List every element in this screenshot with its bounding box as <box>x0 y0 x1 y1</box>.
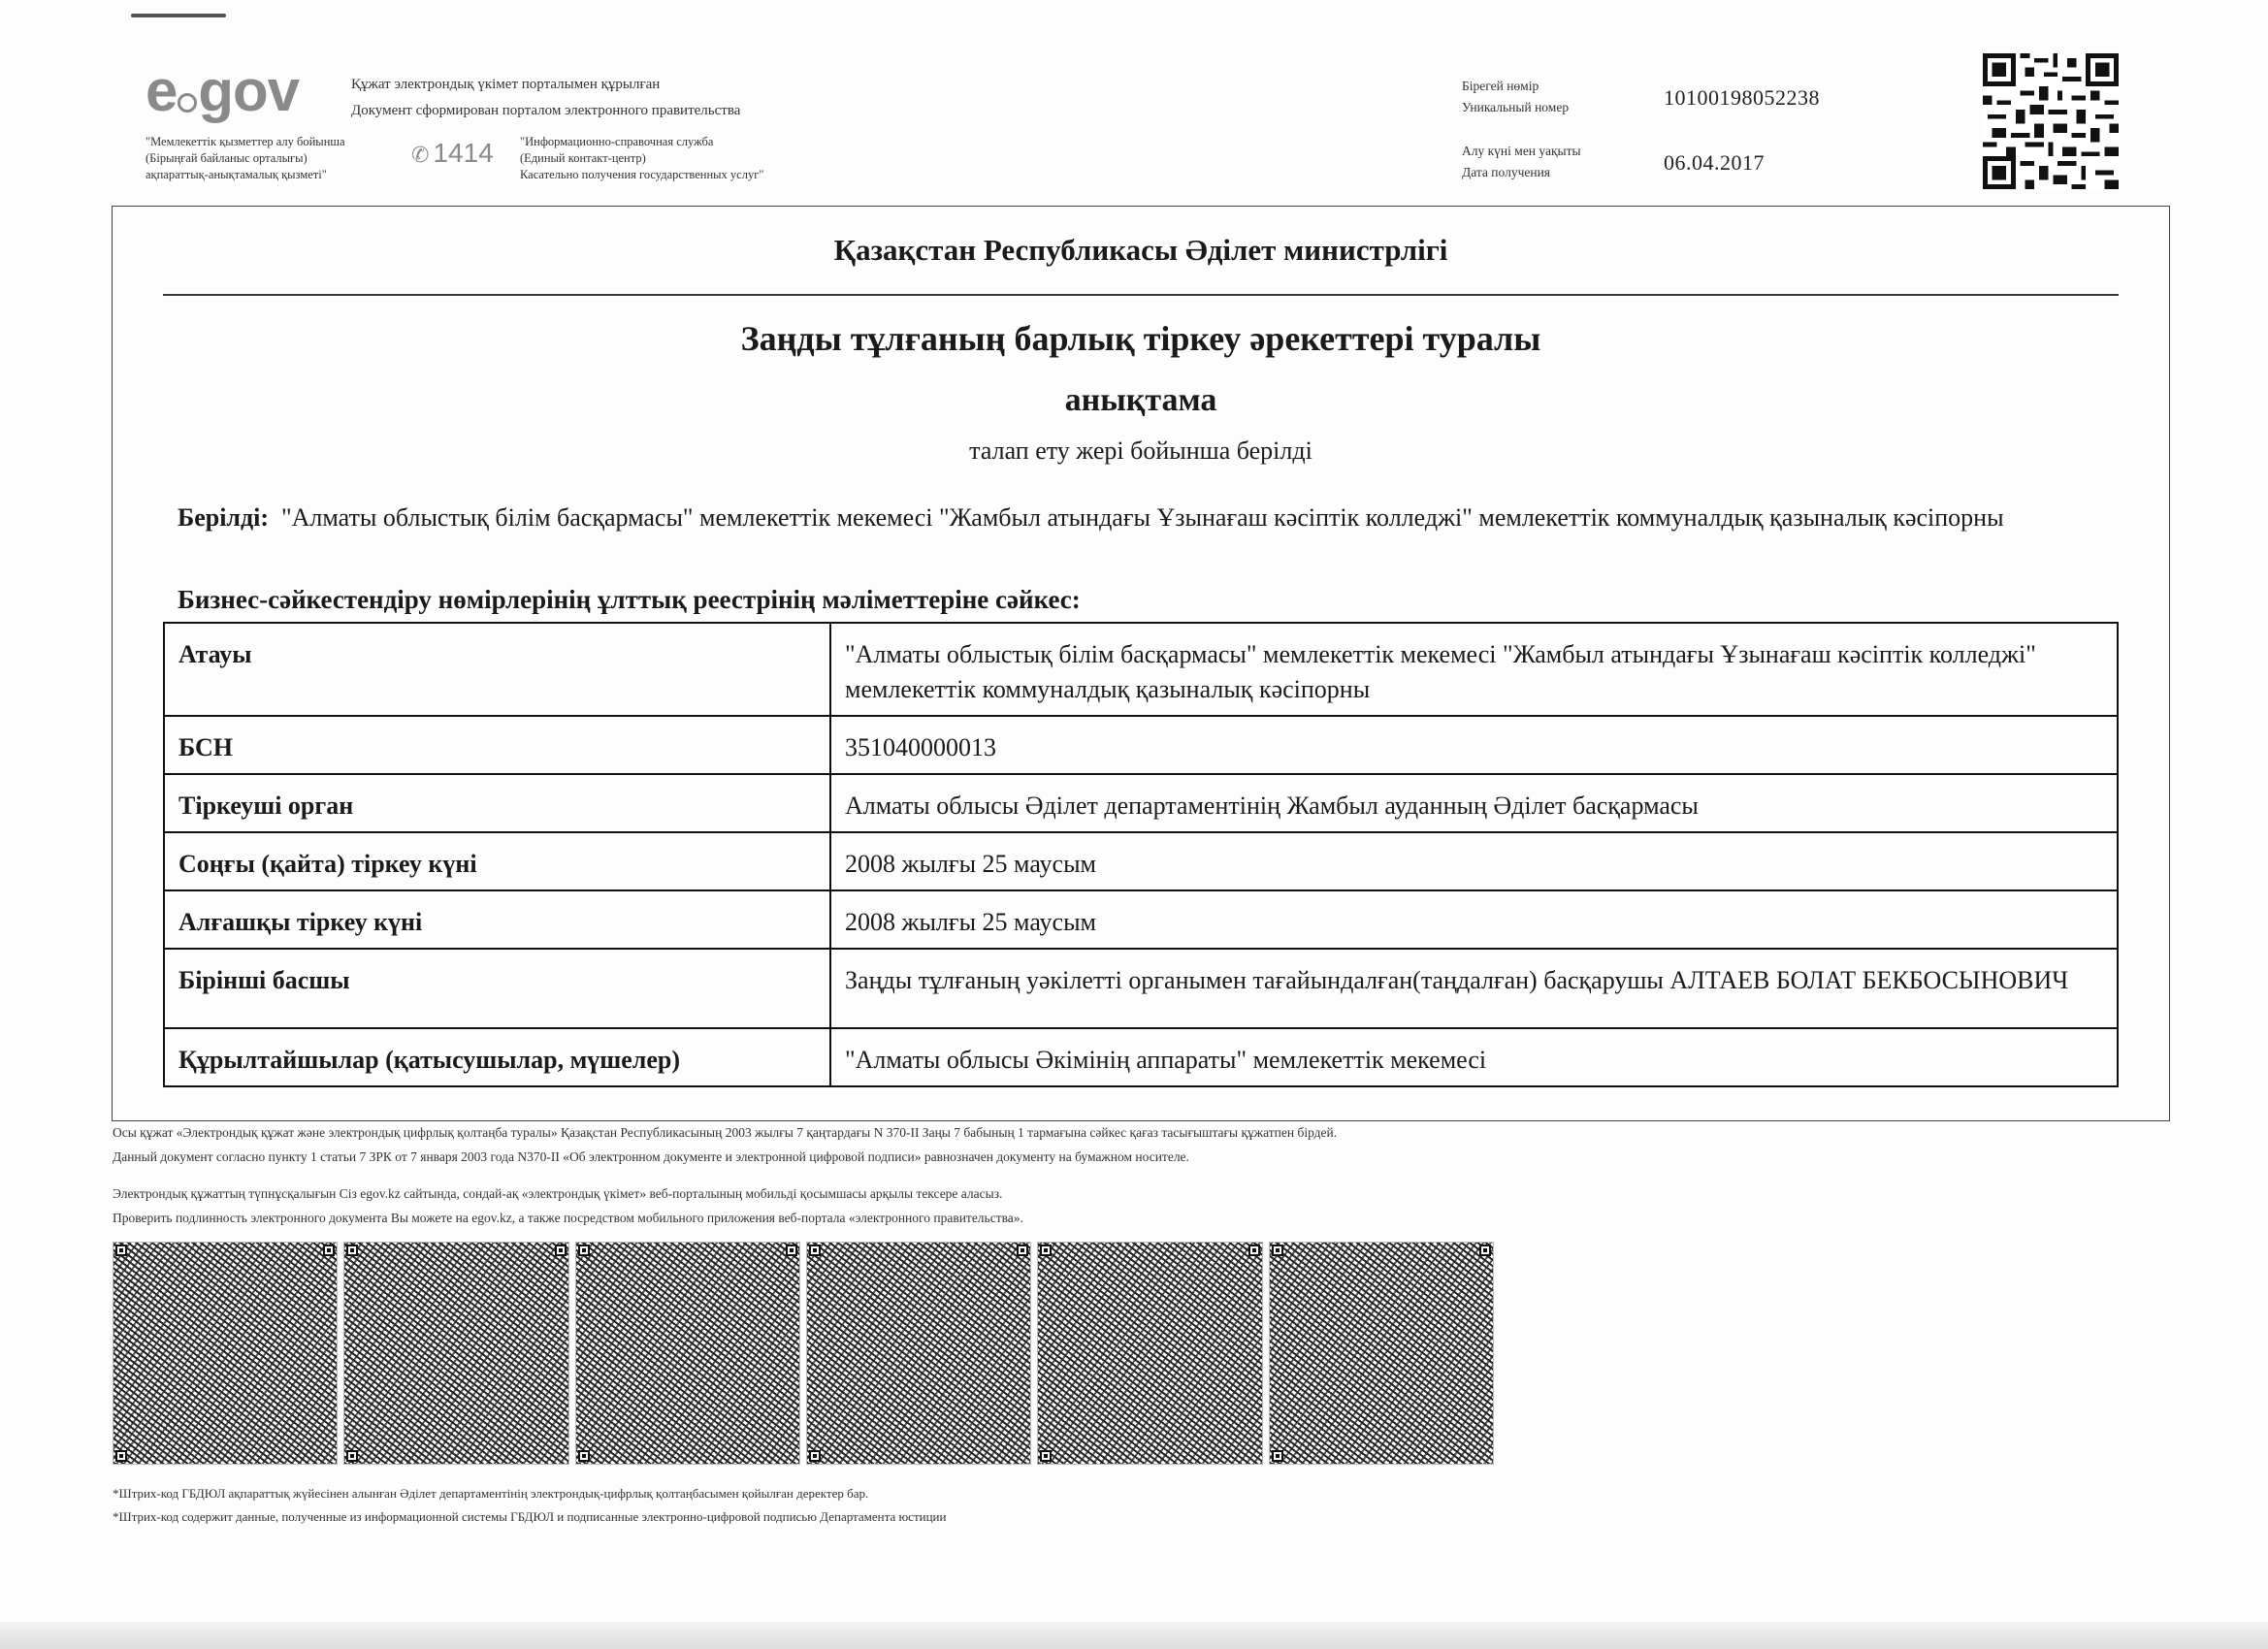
issued-to: Берілді: "Алматы облыстық білім басқарма… <box>178 499 2021 537</box>
legal-notice-kz: Осы құжат «Электрондық құжат және электр… <box>113 1125 1337 1141</box>
row-value: 2008 жылғы 25 маусым <box>830 890 2118 949</box>
verify-notice-ru: Проверить подлинность электронного докум… <box>113 1211 1023 1226</box>
row-key: Құрылтайшылар (қатысушылар, мүшелер) <box>164 1028 830 1086</box>
row-key: Атауы <box>164 623 830 716</box>
scan-edge <box>0 1622 2268 1649</box>
verify-notice-kz: Электрондық құжаттың түпнұсқалығын Сіз e… <box>113 1186 1002 1202</box>
legal-notice-ru: Данный документ согласно пункту 1 статьи… <box>113 1149 1189 1165</box>
row-key: Соңғы (қайта) тіркеу күні <box>164 832 830 890</box>
table-row: Соңғы (қайта) тіркеу күні 2008 жылғы 25 … <box>164 832 2118 890</box>
row-value: 351040000013 <box>830 716 2118 774</box>
receipt-date: 06.04.2017 <box>1664 150 1765 176</box>
unique-number: 10100198052238 <box>1664 85 1820 111</box>
service-info-kz: "Мемлекеттік қызметтер алу бойынша (Біры… <box>146 134 345 183</box>
registry-heading: Бизнес-сәйкестендіру нөмірлерінің ұлттық… <box>178 585 1081 615</box>
barcode-note-ru: *Штрих-код содержит данные, полученные и… <box>113 1509 946 1525</box>
row-key: БСН <box>164 716 830 774</box>
row-value: Алматы облысы Әділет департаментінің Жам… <box>830 774 2118 832</box>
row-key: Бірінші басшы <box>164 949 830 1028</box>
row-key: Тіркеуші орган <box>164 774 830 832</box>
document-title-2: анықтама <box>112 382 2170 419</box>
egov-emblem-icon <box>178 93 197 113</box>
issued-value: "Алматы облыстық білім басқармасы" мемле… <box>281 503 2004 532</box>
barcode-note-kz: *Штрих-код ГБДЮЛ ақпараттық жүйесінен ал… <box>113 1486 868 1502</box>
barcode <box>1269 1242 1494 1465</box>
scan-mark <box>131 14 226 17</box>
document-subtitle: талап ету жері бойынша берілді <box>112 436 2170 466</box>
service-info-ru: "Информационно-справочная служба (Единый… <box>520 134 763 183</box>
date-labels: Алу күні мен уақыты Дата получения <box>1462 141 1581 183</box>
issued-label: Берілді: <box>178 503 269 532</box>
row-value: 2008 жылғы 25 маусым <box>830 832 2118 890</box>
unique-number-labels: Бірегей нөмір Уникальный номер <box>1462 76 1569 118</box>
document-title: Заңды тұлғаның барлық тіркеу әрекеттері … <box>112 318 2170 359</box>
table-row: Құрылтайшылар (қатысушылар, мүшелер) "Ал… <box>164 1028 2118 1086</box>
registration-table: Атауы "Алматы облыстық білім басқармасы"… <box>163 622 2119 1087</box>
divider <box>163 294 2119 296</box>
row-key: Алғашқы тіркеу күні <box>164 890 830 949</box>
portal-notice: Құжат электрондық үкімет порталымен құры… <box>351 72 740 124</box>
row-value: "Алматы облыстық білім басқармасы" мемле… <box>830 623 2118 716</box>
qr-code <box>1983 53 2119 189</box>
row-value: Заңды тұлғаның уәкілетті органымен тағай… <box>830 949 2118 1028</box>
barcode-strip <box>113 1242 1494 1465</box>
table-row: Атауы "Алматы облыстық білім басқармасы"… <box>164 623 2118 716</box>
barcode <box>575 1242 800 1465</box>
egov-logo: egov <box>146 62 299 120</box>
barcode <box>113 1242 338 1465</box>
table-row: БСН 351040000013 <box>164 716 2118 774</box>
phone-icon: ✆ <box>411 143 429 167</box>
row-value: "Алматы облысы Әкімінің аппараты" мемлек… <box>830 1028 2118 1086</box>
barcode <box>1037 1242 1262 1465</box>
contact-phone: ✆1414 <box>411 138 494 169</box>
ministry-heading: Қазақстан Республикасы Әділет министрліг… <box>112 233 2170 268</box>
table-row: Тіркеуші орган Алматы облысы Әділет депа… <box>164 774 2118 832</box>
table-row: Алғашқы тіркеу күні 2008 жылғы 25 маусым <box>164 890 2118 949</box>
barcode <box>343 1242 568 1465</box>
table-row: Бірінші басшы Заңды тұлғаның уәкілетті о… <box>164 949 2118 1028</box>
barcode <box>806 1242 1031 1465</box>
